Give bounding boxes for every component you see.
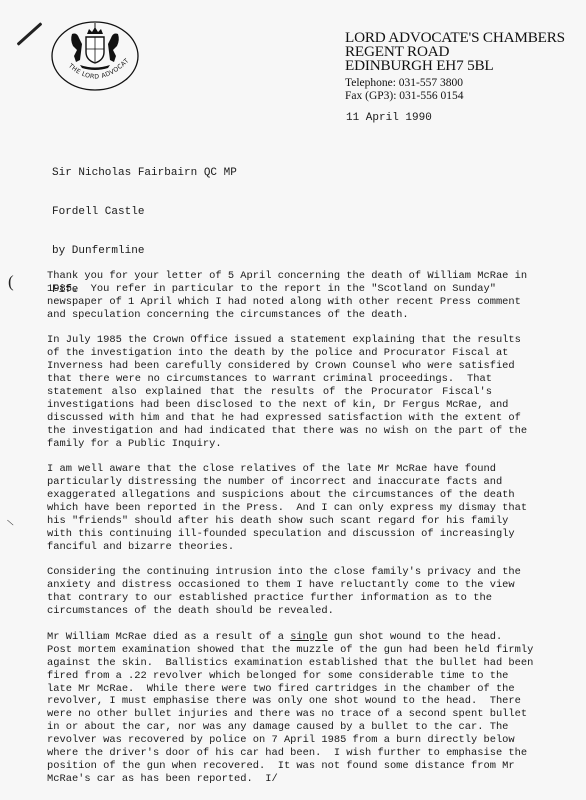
- text-line: In July 1985 the Crown Office issued a s…: [47, 334, 492, 347]
- margin-bracket-mark: (: [8, 272, 14, 292]
- text-line: in or about the car, nor was any damage …: [47, 721, 492, 734]
- letter-page: THE LORD ADVOCATE LORD ADVOCATE'S CHAMBE…: [0, 0, 586, 800]
- text-line: Post mortem examination showed that the …: [47, 644, 492, 657]
- text-line: revolver, I must emphasise there was onl…: [47, 695, 492, 708]
- recipient-address-line: Fordell Castle: [52, 206, 237, 219]
- text-line: I am well aware that the close relatives…: [47, 463, 492, 476]
- text-line: exaggerated allegations and suspicions a…: [47, 489, 492, 502]
- text-line: the investigation and had indicated that…: [47, 425, 492, 438]
- text-line: fanciful and bizarre theories.: [47, 541, 492, 554]
- paragraph: I am well aware that the close relatives…: [47, 463, 492, 553]
- text-line: revolver was recovered by police on 7 Ap…: [47, 734, 492, 747]
- recipient-address-line: by Dunfermline: [52, 245, 237, 258]
- text-line: that contrary to our established practic…: [47, 592, 492, 605]
- recipient-name: Sir Nicholas Fairbairn QC MP: [52, 167, 237, 180]
- text-line: newspaper of 1 April which I had noted a…: [47, 296, 492, 309]
- text-line: statement also explained that the result…: [47, 386, 492, 399]
- pen-mark: [17, 22, 43, 46]
- telephone: Telephone: 031-557 3800: [345, 77, 565, 90]
- paragraph: In July 1985 the Crown Office issued a s…: [47, 334, 492, 450]
- letter-body: Thank you for your letter of 5 April con…: [47, 270, 492, 799]
- text-line: of the investigation into the death by t…: [47, 347, 492, 360]
- text-line: against the skin. Ballistics examination…: [47, 657, 492, 670]
- text-line: Inverness had been carefully considered …: [47, 360, 492, 373]
- letterhead: LORD ADVOCATE'S CHAMBERS REGENT ROAD EDI…: [345, 31, 565, 103]
- text-line: which have been reported in the Press. A…: [47, 502, 492, 515]
- text-line: his "friends" should after his death sho…: [47, 515, 492, 528]
- text-line: were no other bullet injuries and there …: [47, 708, 492, 721]
- text-line: Mr William McRae died as a result of a s…: [47, 631, 492, 644]
- city-postcode: EDINBURGH EH7 5BL: [345, 59, 565, 73]
- paragraph: Thank you for your letter of 5 April con…: [47, 270, 492, 322]
- fax: Fax (GP3): 031-556 0154: [345, 90, 565, 103]
- royal-coat-of-arms-icon: THE LORD ADVOCATE: [50, 20, 140, 92]
- text-line: fired from a .22 revolver which belonged…: [47, 670, 492, 683]
- text-line: particularly distressing the number of i…: [47, 476, 492, 489]
- text-line: Considering the continuing intrusion int…: [47, 566, 492, 579]
- text-line: with this continuing ill-founded specula…: [47, 528, 492, 541]
- text-line: 1985. You refer in particular to the rep…: [47, 283, 492, 296]
- text-line: circumstances of the death should be rev…: [47, 605, 492, 618]
- text-line: where the driver's door of his car had b…: [47, 747, 492, 760]
- margin-tick-mark: \: [6, 517, 15, 529]
- underlined-emphasis: single: [290, 631, 327, 643]
- paragraph: Mr William McRae died as a result of a s…: [47, 631, 492, 786]
- text-line: Thank you for your letter of 5 April con…: [47, 270, 492, 283]
- text-line: McRae's car as has been reported. I/: [47, 773, 492, 786]
- text-line: family for a Public Inquiry.: [47, 438, 492, 451]
- text-line: late Mr McRae. While there were two fire…: [47, 683, 492, 696]
- text-line: that there were no circumstances to warr…: [47, 373, 492, 386]
- text-line: anxiety and distress occasioned to them …: [47, 579, 492, 592]
- text-line: investigations had been disclosed to the…: [47, 399, 492, 412]
- letter-date: 11 April 1990: [346, 112, 432, 125]
- text-line: discussed with him and that he had expre…: [47, 412, 492, 425]
- paragraph: Considering the continuing intrusion int…: [47, 566, 492, 618]
- text-line: and speculation concerning the circumsta…: [47, 309, 492, 322]
- text-line: position of the gun when recovered. It w…: [47, 760, 492, 773]
